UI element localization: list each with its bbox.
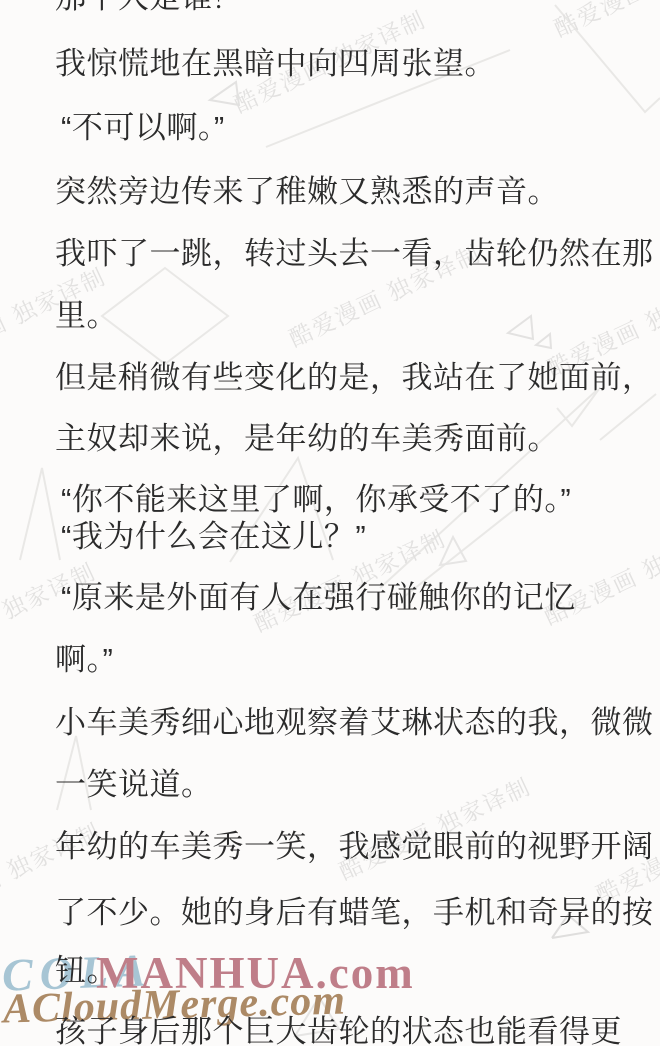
text-line: “不可以啊。” bbox=[61, 112, 225, 143]
text-line: 里。 bbox=[55, 300, 118, 331]
text-line: 一笑说道。 bbox=[55, 769, 213, 800]
text-line: 了不少。她的身后有蜡笔，手机和奇异的按 bbox=[55, 897, 654, 928]
text-line: 我惊慌地在黑暗中向四周张望。 bbox=[55, 48, 496, 79]
text-line: 啊。” bbox=[55, 644, 113, 675]
text-line: 但是稍微有些变化的是，我站在了她面前， bbox=[55, 362, 654, 393]
text-line: 钮。 bbox=[55, 955, 118, 986]
text-line: 年幼的车美秀一笑，我感觉眼前的视野开阔 bbox=[55, 831, 654, 862]
novel-reader-page: 酷爱漫画 独家译制酷爱漫画 独家译制酷爱漫画 独家译制酷爱漫画 独家译制酷爱漫画… bbox=[0, 0, 660, 1046]
text-line: “我为什么会在这儿？” bbox=[61, 521, 366, 552]
text-line: 那个人是谁？ bbox=[55, 0, 244, 13]
text-line: “原来是外面有人在强行碰触你的记忆 bbox=[61, 582, 576, 613]
text-line: 我吓了一跳，转过头去一看，齿轮仍然在那 bbox=[55, 238, 654, 269]
novel-text-layer: 那个人是谁？我惊慌地在黑暗中向四周张望。“不可以啊。”突然旁边传来了稚嫩又熟悉的… bbox=[0, 0, 660, 1046]
text-line: 孩子身后那个巨大齿轮的状态也能看得更 bbox=[55, 1016, 622, 1046]
text-line: 突然旁边传来了稚嫩又熟悉的声音。 bbox=[55, 176, 559, 207]
text-line: “你不能来这里了啊，你承受不了的。” bbox=[61, 484, 571, 515]
text-line: 主奴却来说，是年幼的车美秀面前。 bbox=[55, 423, 559, 454]
text-line: 小车美秀细心地观察着艾琳状态的我，微微 bbox=[55, 707, 654, 738]
